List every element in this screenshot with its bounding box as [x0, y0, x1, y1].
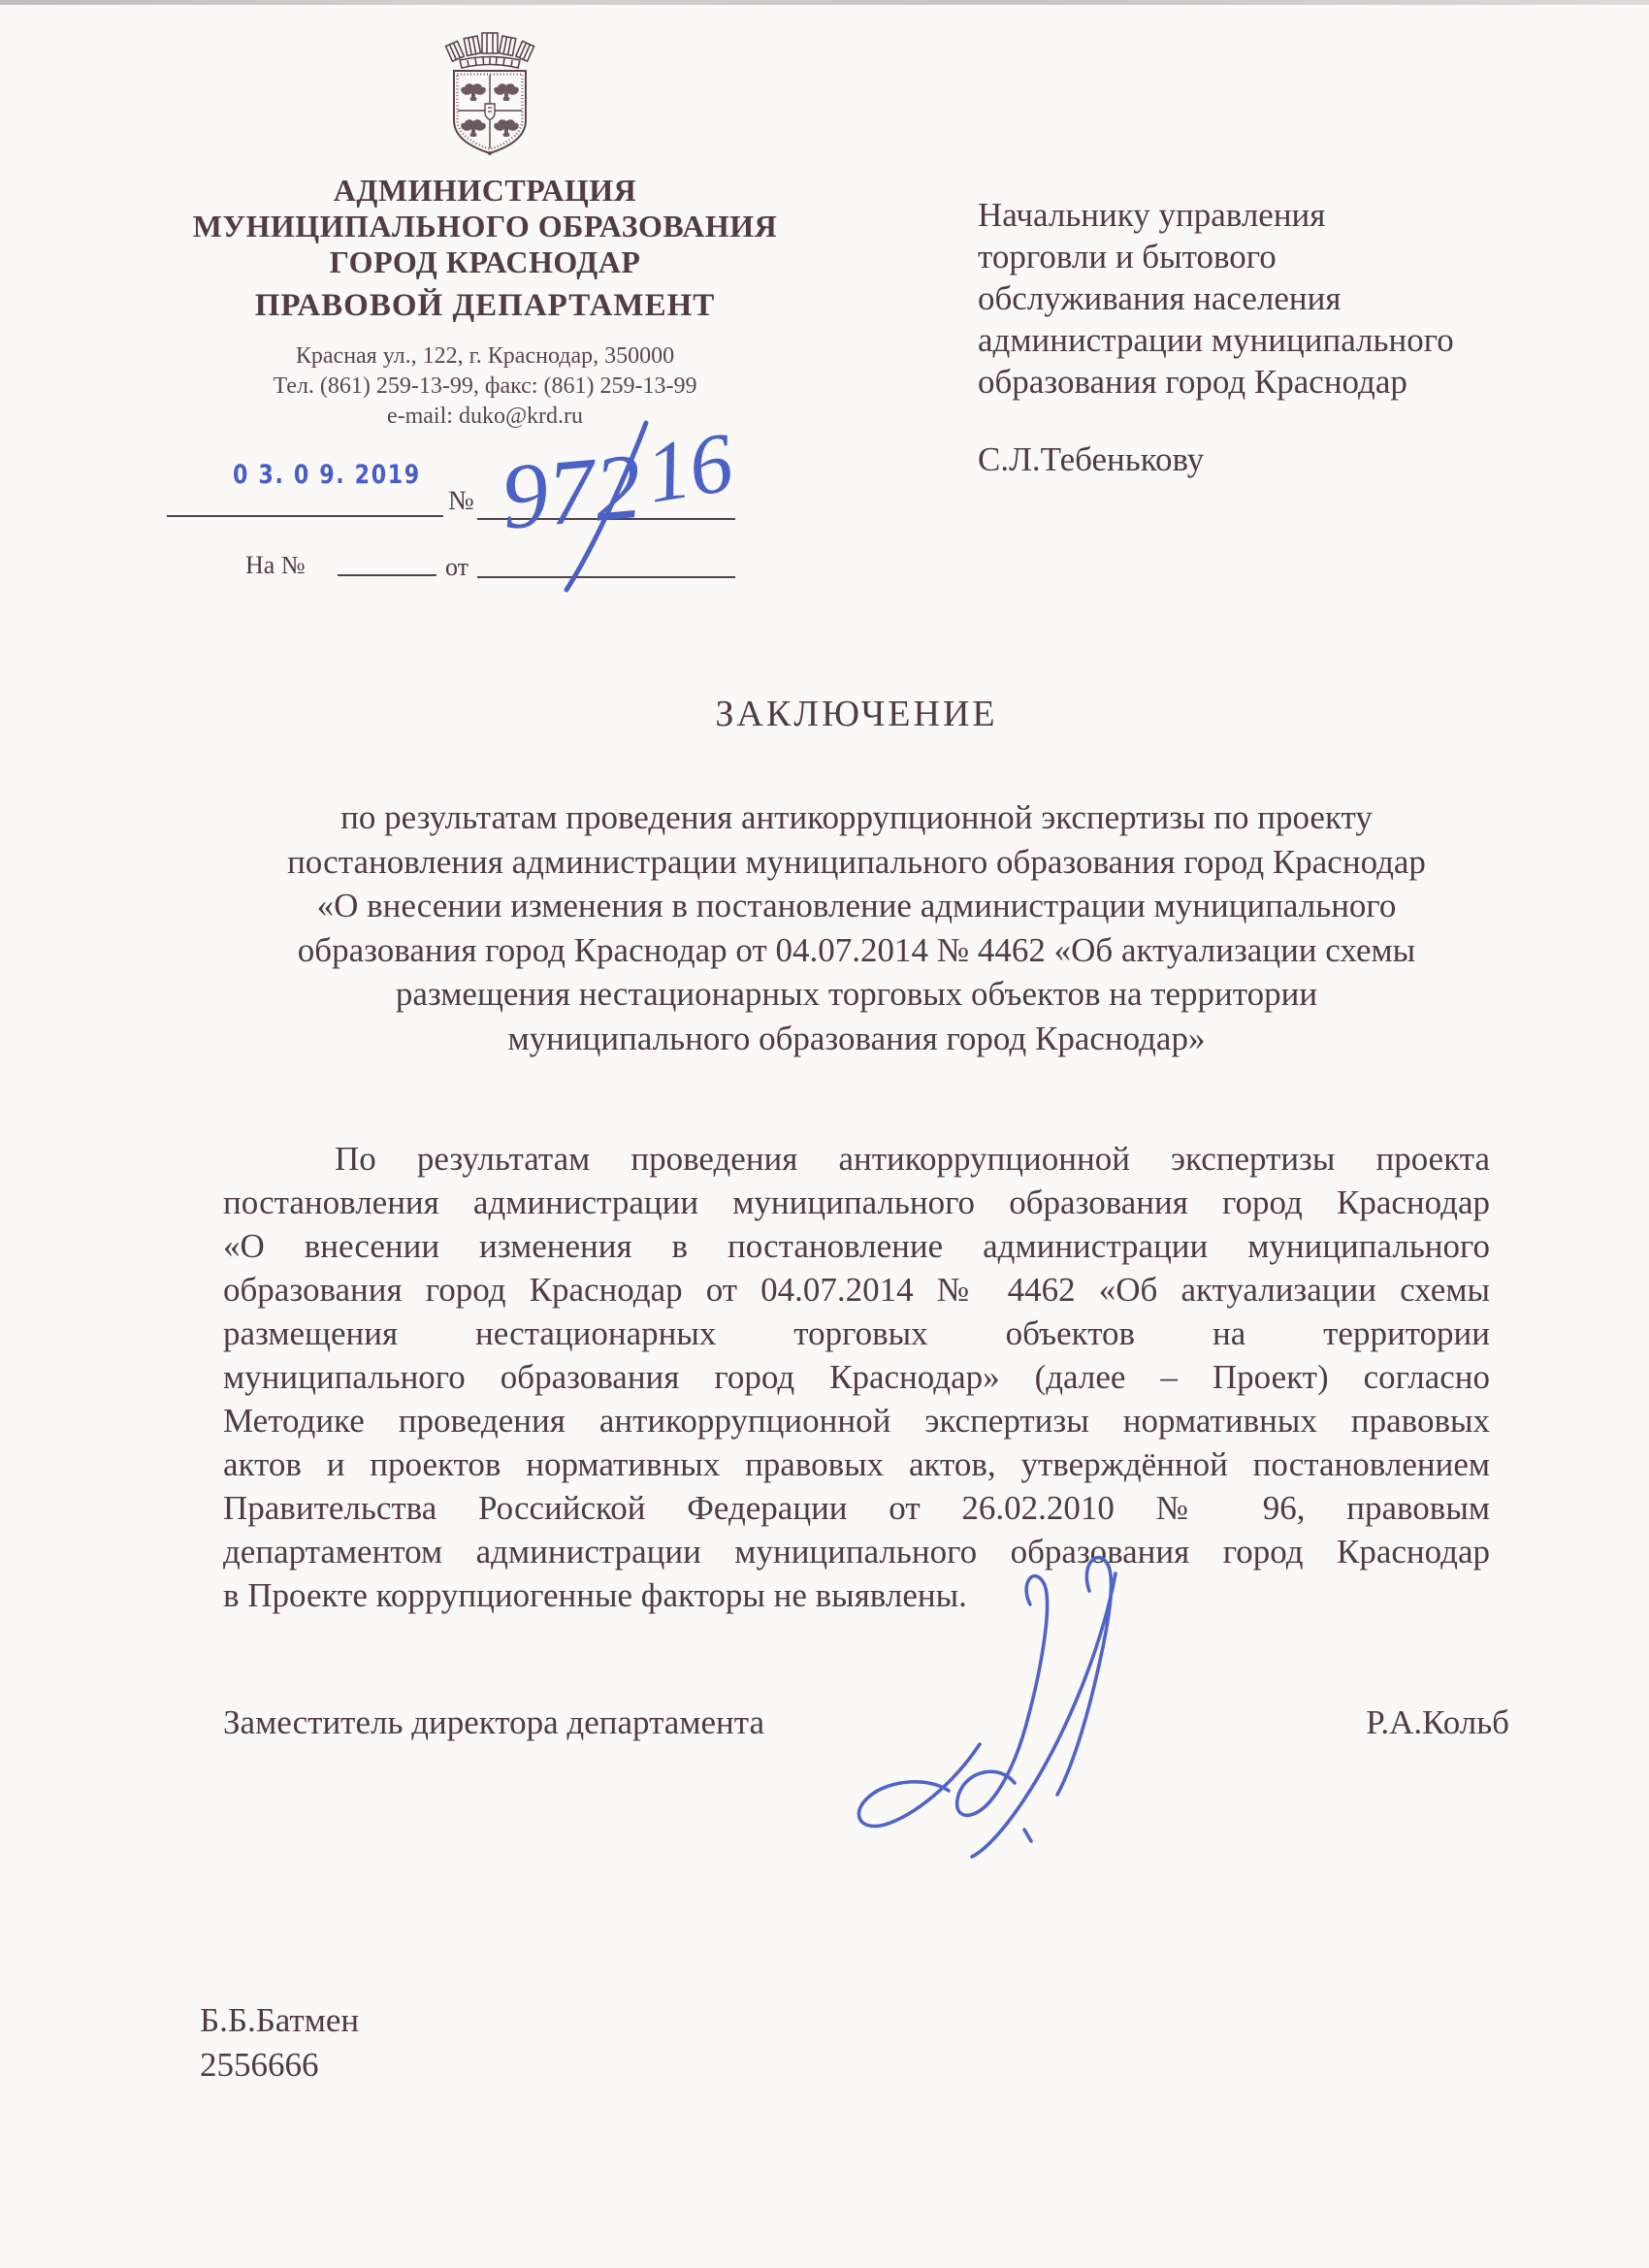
- reply-date-underline: [477, 576, 735, 578]
- organization-name: АДМИНИСТРАЦИЯ МУНИЦИПАЛЬНОГО ОБРАЗОВАНИЯ…: [155, 173, 815, 280]
- scanned-letter-page: АДМИНИСТРАЦИЯ МУНИЦИПАЛЬНОГО ОБРАЗОВАНИЯ…: [0, 0, 1649, 2268]
- subtitle-line: по результатам проведения антикоррупцион…: [223, 795, 1490, 840]
- executor-phone: 2556666: [200, 2043, 359, 2088]
- addressee-line: образования город Краснодар: [978, 361, 1560, 403]
- addressee-line: обслуживания населения: [978, 277, 1560, 319]
- department-name: ПРАВОВОЙ ДЕПАРТАМЕНТ: [155, 288, 815, 324]
- krasnodar-coat-of-arms-icon: [444, 25, 535, 159]
- body-line: размещения нестационарных торговых объек…: [223, 1312, 1490, 1355]
- body-line: Правительства Российской Федерации от 26…: [223, 1486, 1490, 1530]
- email-line: e-mail: duko@krd.ru: [155, 402, 815, 432]
- org-line: АДМИНИСТРАЦИЯ: [155, 173, 815, 209]
- body-line: актов и проектов нормативных правовых ак…: [223, 1442, 1490, 1486]
- signer-name: Р.А.Кольб: [1366, 1703, 1509, 1742]
- reply-number-underline: [338, 574, 436, 576]
- body-line: в Проекте коррупциогенные факторы не выя…: [223, 1573, 1490, 1617]
- org-line: ГОРОД КРАСНОДАР: [155, 244, 815, 280]
- body-line: По результатам проведения антикоррупцион…: [223, 1137, 1490, 1181]
- body-paragraph: По результатам проведения антикоррупцион…: [223, 1137, 1490, 1617]
- body-line: департаментом администрации муниципально…: [223, 1530, 1490, 1573]
- executor-block: Б.Б.Батмен 2556666: [200, 1998, 359, 2088]
- handwritten-number-main: 972: [498, 434, 646, 549]
- body-line: образования город Краснодар от 04.07.201…: [223, 1268, 1490, 1312]
- subtitle-line: образования город Краснодар от 04.07.201…: [223, 928, 1490, 973]
- document-subtitle: по результатам проведения антикоррупцион…: [223, 795, 1490, 1060]
- body-line: муниципального образования город Краснод…: [223, 1355, 1490, 1399]
- subtitle-line: «О внесении изменения в постановление ад…: [223, 884, 1490, 928]
- subtitle-line: постановления администрации муниципально…: [223, 840, 1490, 885]
- body-line: постановления администрации муниципально…: [223, 1181, 1490, 1224]
- body-line: Методике проведения антикоррупционной эк…: [223, 1399, 1490, 1442]
- number-underline: [477, 518, 735, 520]
- subtitle-line: размещения нестационарных торговых объек…: [223, 972, 1490, 1017]
- addressee-line: торговли и бытового: [978, 236, 1560, 277]
- phone-fax-line: Тел. (861) 259-13-99, факс: (861) 259-13…: [155, 372, 815, 402]
- addressee-line: Начальнику управления: [978, 194, 1560, 236]
- signer-position: Заместитель директора департамента: [223, 1703, 764, 1742]
- number-label: №: [448, 486, 474, 517]
- date-stamp: 0 3. 0 9. 2019: [233, 460, 421, 490]
- body-line: «О внесении изменения в постановление ад…: [223, 1224, 1490, 1268]
- signature-row: Заместитель директора департамента Р.А.К…: [223, 1703, 1509, 1742]
- addressee-name: С.Л.Тебенькову: [978, 440, 1204, 479]
- date-underline: [167, 515, 443, 517]
- letterhead-contacts: Красная ул., 122, г. Краснодар, 350000 Т…: [155, 341, 815, 432]
- document-title: ЗАКЛЮЧЕНИЕ: [223, 693, 1490, 735]
- org-line: МУНИЦИПАЛЬНОГО ОБРАЗОВАНИЯ: [155, 209, 815, 244]
- scan-edge-artifact: [0, 0, 1649, 5]
- reply-number-label: На №: [245, 551, 306, 580]
- executor-name: Б.Б.Батмен: [200, 1998, 359, 2043]
- handwritten-slash: [566, 423, 646, 590]
- address-line: Красная ул., 122, г. Краснодар, 350000: [155, 341, 815, 372]
- addressee-block: Начальнику управления торговли и бытовог…: [978, 194, 1560, 403]
- reply-from-label: от: [445, 553, 469, 582]
- subtitle-line: муниципального образования город Краснод…: [223, 1017, 1490, 1061]
- addressee-line: администрации муниципального: [978, 319, 1560, 361]
